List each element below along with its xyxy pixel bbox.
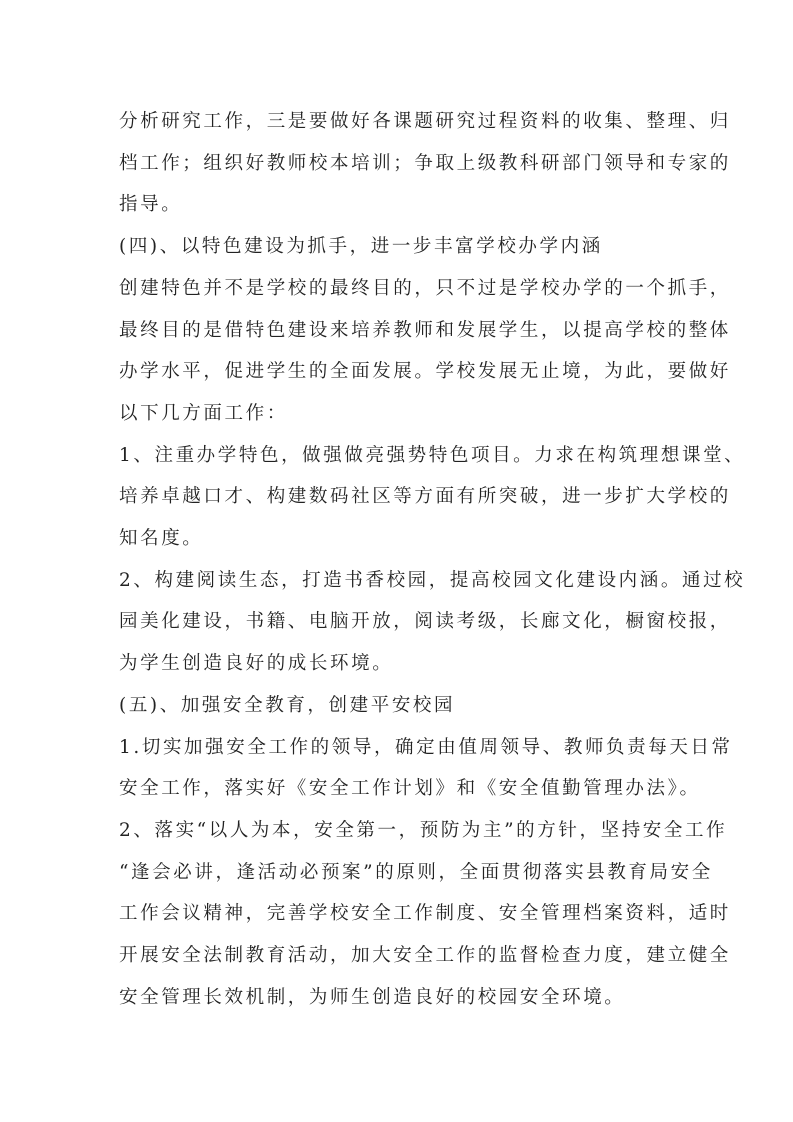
heading-text: (四)、以特色建设为抓手，进一步丰富学校办学内涵: [119, 226, 689, 268]
text-line: 园美化建设，书籍、电脑开放，阅读考级，长廊文化，橱窗校报，: [119, 601, 689, 643]
text-line: 档工作；组织好教师校本培训；争取上级教科研部门领导和专家的: [119, 143, 689, 185]
text-line: 安全管理长效机制，为师生创造良好的校园安全环境。: [119, 977, 689, 1019]
paragraph-feature-building: 创建特色并不是学校的最终目的，只不过是学校办学的一个抓手， 最终目的是借特色建设…: [119, 268, 689, 435]
paragraph-research-work: 分析研究工作，三是要做好各课题研究过程资料的收集、整理、归 档工作；组织好教师校…: [119, 101, 689, 226]
text-line: 工作会议精神，完善学校安全工作制度、安全管理档案资料，适时: [119, 893, 689, 935]
list-item-5-1: 1.切实加强安全工作的领导，确定由值周领导、教师负责每天日常 安全工作，落实好《…: [119, 727, 689, 810]
text-line: 办学水平，促进学生的全面发展。学校发展无止境，为此，要做好: [119, 351, 689, 393]
text-line: 1.切实加强安全工作的领导，确定由值周领导、教师负责每天日常: [119, 727, 689, 769]
text-line: 指导。: [119, 184, 689, 226]
text-line: 知名度。: [119, 518, 689, 560]
text-line: 最终目的是借特色建设来培养教师和发展学生，以提高学校的整体: [119, 310, 689, 352]
text-line: 创建特色并不是学校的最终目的，只不过是学校办学的一个抓手，: [119, 268, 689, 310]
text-line: “逢会必讲，逢活动必预案”的原则，全面贯彻落实县教育局安全: [119, 852, 689, 894]
text-line: 安全工作，落实好《安全工作计划》和《安全值勤管理办法》。: [119, 768, 689, 810]
list-item-5-2: 2、落实“以人为本，安全第一，预防为主”的方针，坚持安全工作 “逢会必讲，逢活动…: [119, 810, 689, 1019]
text-line: 2、落实“以人为本，安全第一，预防为主”的方针，坚持安全工作: [119, 810, 689, 852]
text-line: 培养卓越口才、构建数码社区等方面有所突破，进一步扩大学校的: [119, 476, 689, 518]
text-line: 为学生创造良好的成长环境。: [119, 643, 689, 685]
list-item-4-2: 2、构建阅读生态，打造书香校园，提高校园文化建设内涵。通过校 园美化建设，书籍、…: [119, 560, 689, 685]
text-line: 开展安全法制教育活动，加大安全工作的监督检查力度，建立健全: [119, 935, 689, 977]
heading-text: (五)、加强安全教育，创建平安校园: [119, 685, 689, 727]
section-heading-5: (五)、加强安全教育，创建平安校园: [119, 685, 689, 727]
section-heading-4: (四)、以特色建设为抓手，进一步丰富学校办学内涵: [119, 226, 689, 268]
text-line: 分析研究工作，三是要做好各课题研究过程资料的收集、整理、归: [119, 101, 689, 143]
list-item-4-1: 1、注重办学特色，做强做亮强势特色项目。力求在构筑理想课堂、 培养卓越口才、构建…: [119, 435, 689, 560]
text-line: 1、注重办学特色，做强做亮强势特色项目。力求在构筑理想课堂、: [119, 435, 689, 477]
document-body: 分析研究工作，三是要做好各课题研究过程资料的收集、整理、归 档工作；组织好教师校…: [119, 101, 689, 1018]
text-line: 以下几方面工作：: [119, 393, 689, 435]
document-page: 分析研究工作，三是要做好各课题研究过程资料的收集、整理、归 档工作；组织好教师校…: [0, 0, 793, 1122]
text-line: 2、构建阅读生态，打造书香校园，提高校园文化建设内涵。通过校: [119, 560, 689, 602]
